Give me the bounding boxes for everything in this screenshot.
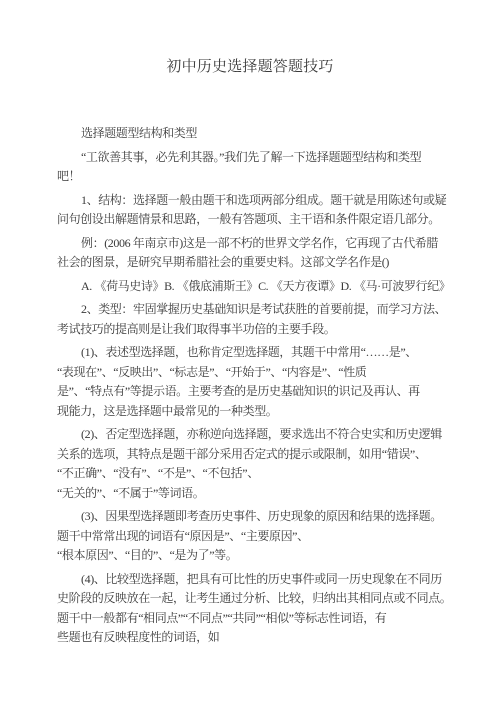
paragraph-answer-options: A. 《荷马史诗》B. 《俄底浦斯王》C. 《天方夜谭》D. 《马·可波罗行纪》	[57, 277, 457, 297]
paragraph-example-question: 例：(2006 年南京市)这是一部不朽的世界文学名作，它再现了古代希腊 社会的图…	[57, 234, 457, 273]
document-title: 初中历史选择题答题技巧	[0, 57, 500, 77]
section-heading: 选择题题型结构和类型	[57, 124, 457, 144]
paragraph-types-overview: 2、类型：牢固掌握历史基础知识是考试获胜的首要前提，而学习方法、 考试技巧的提高…	[57, 300, 457, 339]
document-page: 初中历史选择题答题技巧 选择题题型结构和类型 “工欲善其事，必先利其器。”我们先…	[0, 0, 500, 708]
paragraph-intro-quote: “工欲善其事，必先利其器。”我们先了解一下选择题题型结构和类型 吧！	[57, 148, 457, 187]
paragraph-type-4-comparative: (4)、比较型选择题，把具有可比性的历史事件或同一历史现象在不同历 史阶段的反映…	[57, 570, 457, 648]
paragraph-type-1-descriptive: (1)、表述型选择题，也称肯定型选择题，其题干中常用“……是”、 “表现在”、“…	[57, 343, 457, 421]
paragraph-type-3-causal: (3)、因果型选择题即考查历史事件、历史现象的原因和结果的选择题。 题干中常常出…	[57, 507, 457, 566]
paragraph-structure: 1、结构：选择题一般由题干和选项两部分组成。题干就是用陈述句或疑 问句创设出解题…	[57, 191, 457, 230]
document-body: 选择题题型结构和类型 “工欲善其事，必先利其器。”我们先了解一下选择题题型结构和…	[57, 124, 457, 648]
paragraph-type-2-negative: (2)、否定型选择题，亦称逆向选择题，要求选出不符合史实和历史逻辑 关系的选项，…	[57, 425, 457, 503]
